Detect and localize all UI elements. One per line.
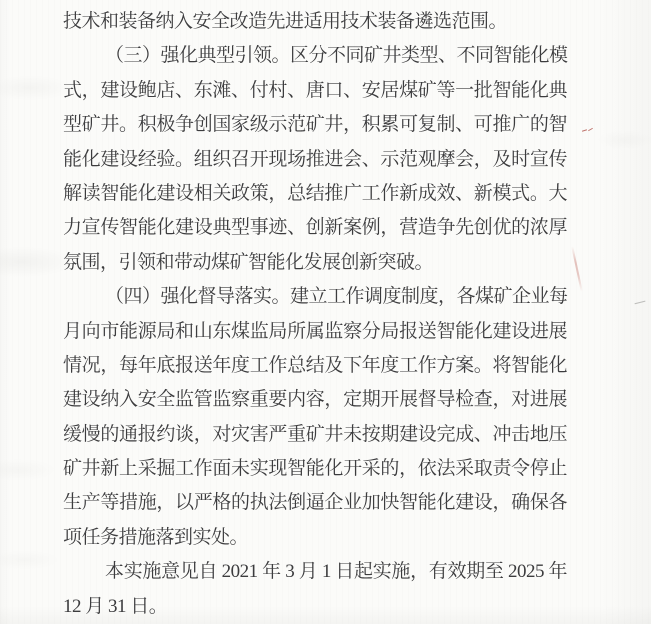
document-body: 技术和装备纳入安全改造先进适用技术装备遴选范围。（三）强化典型引领。区分不同矿井… [63, 5, 567, 624]
text-line: 技术和装备纳入安全改造先进适用技术装备遴选范围。 [63, 5, 567, 39]
text-line: 情况，每年底报送年度工作总结及下年度工作方案。将智能化 [63, 349, 567, 383]
text-line: 型矿井。积极争创国家级示范矿井，积累可复制、可推广的智 [63, 108, 567, 142]
text-line: 解读智能化建设相关政策，总结推广工作新成效、新模式。大 [63, 177, 567, 211]
text-line: 氛围，引领和带动煤矿智能化发展创新突破。 [63, 246, 567, 280]
text-line: 能化建设经验。组织召开现场推进会、示范观摩会，及时宣传 [63, 143, 567, 177]
text-line: 建设纳入安全监管监察重要内容，定期开展督导检查，对进展 [63, 383, 567, 417]
text-line: 12 月 31 日。 [63, 590, 567, 624]
text-line: 月向市能源局和山东煤监局所属监察分局报送智能化建设进展 [63, 315, 567, 349]
text-line: 式，建设鲍店、东滩、付村、唐口、安居煤矿等一批智能化典 [63, 74, 567, 108]
text-line: 生产等措施，以严格的执法倒逼企业加快智能化建设，确保各 [63, 486, 567, 520]
text-line: 力宣传智能化建设典型事迹、创新案例，营造争先创优的浓厚 [63, 211, 567, 245]
text-line: 项任务措施落到实处。 [63, 521, 567, 555]
text-line: （四）强化督导落实。建立工作调度制度，各煤矿企业每 [63, 280, 567, 314]
document-page: 技术和装备纳入安全改造先进适用技术装备遴选范围。（三）强化典型引领。区分不同矿井… [0, 0, 651, 624]
text-line: 矿井新上采掘工作面未实现智能化开采的，依法采取责令停止 [63, 452, 567, 486]
red-pencil-stroke [571, 246, 583, 291]
scanned-document-screenshot: { "colors": { "paper": "#fbfbf9", "ink":… [0, 0, 651, 624]
text-line: 缓慢的通报约谈，对灾害严重矿井未按期建设完成、冲击地压 [63, 418, 567, 452]
red-pen-mark [582, 127, 593, 134]
grey-smudge-mark [634, 297, 646, 305]
text-line: （三）强化典型引领。区分不同矿井类型、不同智能化模 [63, 39, 567, 73]
text-line: 本实施意见自 2021 年 3 月 1 日起实施，有效期至 2025 年 [63, 555, 567, 589]
